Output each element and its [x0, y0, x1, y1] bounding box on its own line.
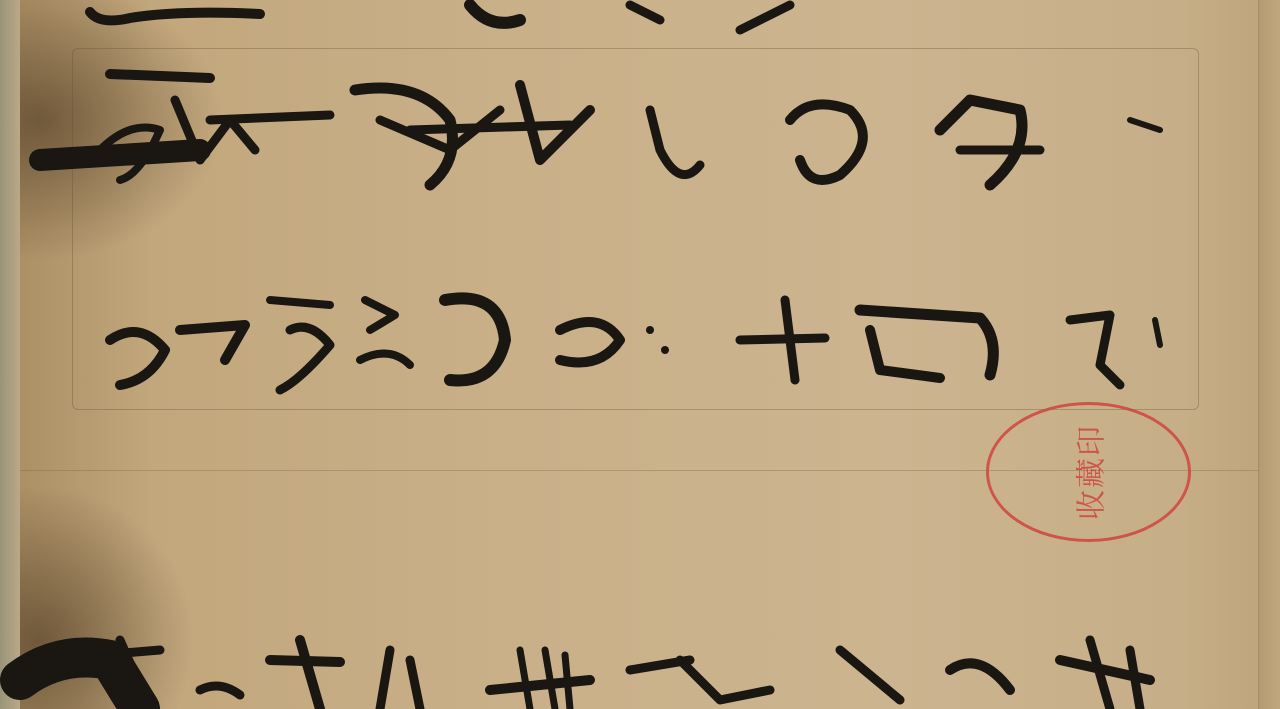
- calligraphy-photo: 收藏印: [0, 0, 1280, 709]
- ink-strokes: [0, 0, 1280, 709]
- red-seal-stamp: 收藏印: [986, 402, 1191, 542]
- seal-text: 收藏印: [1022, 373, 1156, 572]
